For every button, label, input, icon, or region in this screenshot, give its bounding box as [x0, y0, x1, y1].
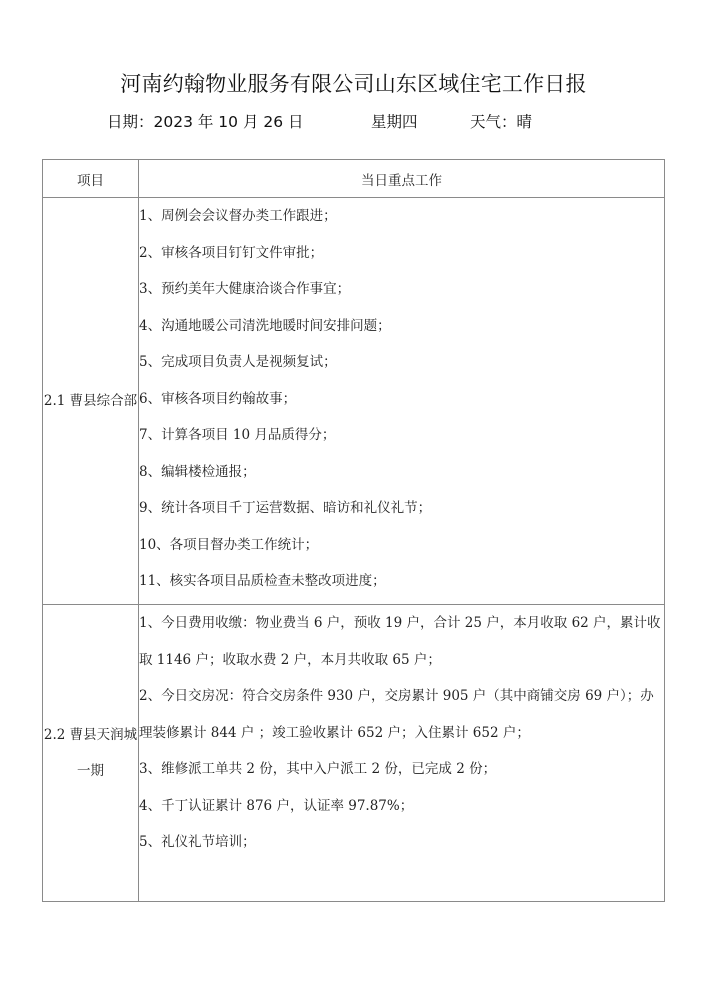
work-report-table: 项目 当日重点工作 2.1 曹县综合部 1、周例会会议督办类工作跟进； 2、审核… — [42, 159, 665, 902]
report-date: 日期：2023 年 10 月 26 日 — [107, 110, 304, 132]
project-name: 2.1 曹县综合部 — [43, 198, 139, 605]
task-item: 4、千丁认证累计 876 户，认证率 97.87%； — [139, 788, 664, 825]
table-row: 2.2 曹县天润城一期 1、今日费用收缴：物业费当 6 户，预收 19 户，合计… — [43, 605, 665, 902]
header-project: 项目 — [43, 160, 139, 198]
task-item: 11、核实各项目品质检查未整改项进度； — [139, 563, 664, 600]
report-weekday: 星期四 — [371, 110, 418, 132]
task-item: 8、编辑楼检通报； — [139, 454, 664, 491]
report-weather: 天气：晴 — [470, 110, 532, 132]
task-item: 3、维修派工单共 2 份，其中入户派工 2 份，已完成 2 份； — [139, 751, 664, 788]
task-item: 7、计算各项目 10 月品质得分； — [139, 417, 664, 454]
task-list: 1、今日费用收缴：物业费当 6 户，预收 19 户，合计 25 户，本月收取 6… — [139, 605, 665, 902]
table-row: 2.1 曹县综合部 1、周例会会议督办类工作跟进； 2、审核各项目钉钉文件审批；… — [43, 198, 665, 605]
task-item: 5、完成项目负责人是视频复试； — [139, 344, 664, 381]
task-item: 9、统计各项目千丁运营数据、暗访和礼仪礼节； — [139, 490, 664, 527]
task-item: 5、礼仪礼节培训； — [139, 824, 664, 861]
project-name: 2.2 曹县天润城一期 — [43, 605, 139, 902]
task-item: 4、沟通地暖公司清洗地暖时间安排问题； — [139, 308, 664, 345]
table-header-row: 项目 当日重点工作 — [43, 160, 665, 198]
task-item: 2、审核各项目钉钉文件审批； — [139, 235, 664, 272]
report-title: 河南约翰物业服务有限公司山东区域住宅工作日报 — [0, 68, 707, 98]
task-item: 6、审核各项目约翰故事； — [139, 381, 664, 418]
task-item: 1、周例会会议督办类工作跟进； — [139, 198, 664, 235]
task-item: 10、各项目督办类工作统计； — [139, 527, 664, 564]
task-item: 1、今日费用收缴：物业费当 6 户，预收 19 户，合计 25 户，本月收取 6… — [139, 605, 664, 678]
task-list: 1、周例会会议督办类工作跟进； 2、审核各项目钉钉文件审批； 3、预约美年大健康… — [139, 198, 665, 605]
header-work: 当日重点工作 — [139, 160, 665, 198]
task-item: 3、预约美年大健康洽谈合作事宜； — [139, 271, 664, 308]
task-item: 2、今日交房况：符合交房条件 930 户，交房累计 905 户（其中商铺交房 6… — [139, 678, 664, 751]
